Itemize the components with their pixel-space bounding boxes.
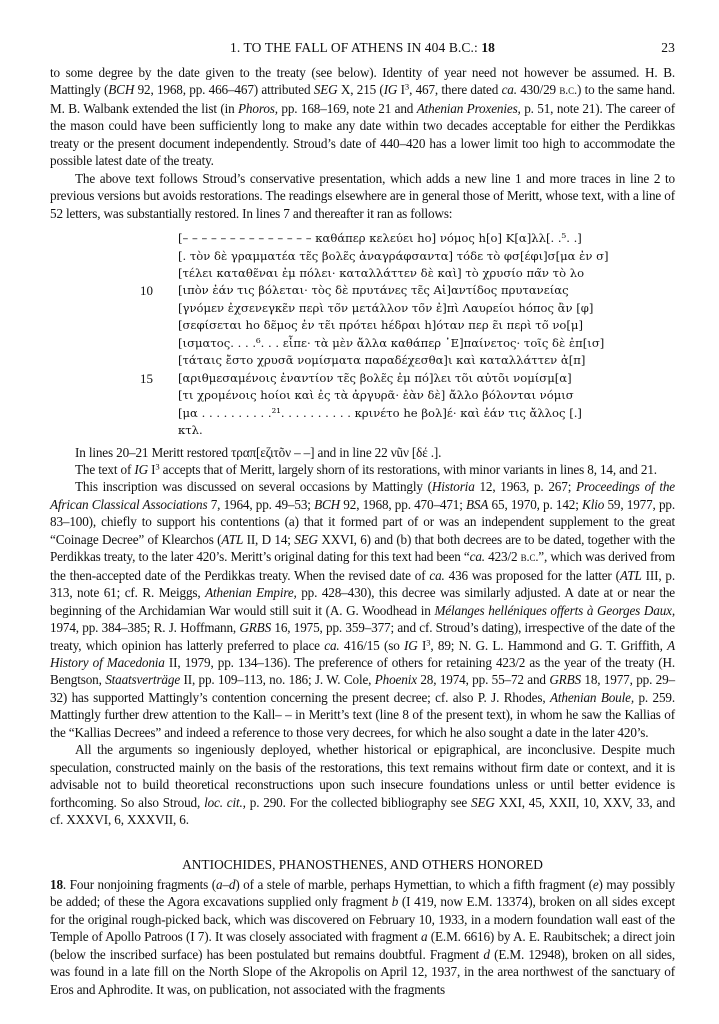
entry-paragraph: 18. Four nonjoining fragments (a–d) of a…: [50, 876, 675, 998]
greek-text: [ιπὸν ἐάν τις βόλεται· τὸς δὲ πρυτάνες τ…: [178, 283, 569, 297]
citation: Phoenix: [375, 672, 417, 687]
era-label: b.c.: [521, 550, 539, 564]
text: 7, 1964, pp. 49–53;: [207, 497, 314, 512]
citation: Staatsverträge: [105, 672, 180, 687]
entry-number: 18: [481, 40, 495, 55]
citation: SEG: [314, 82, 338, 97]
greek-text: [αριθμεσαμένοις ἐναντίον τε̃ς βολε̃ς ἐμ …: [178, 371, 572, 385]
greek-text: κτλ.: [178, 423, 203, 437]
citation: Athenian Empire,: [205, 585, 297, 600]
text: 436 was proposed for the latter (: [445, 568, 620, 583]
citation: BCH: [314, 497, 340, 512]
greek-inscription-block: [– – – – – – – – – – – – – – καθάπερ κελ…: [50, 230, 675, 439]
greek-text: [. τὸν δὲ γραμματέα τε̃ς βολε̃ς ἀναγράφσ…: [178, 249, 609, 263]
citation: SEG: [294, 532, 318, 547]
text: 430/29: [517, 82, 559, 97]
paragraph-continuation: to some degree by the date given to the …: [50, 64, 675, 170]
inscription-line: [τι χρομένοις hoίοι καὶ ἐς τὰ ἀργυρᾶ· ἐὰ…: [50, 387, 675, 404]
citation: GRBS: [549, 672, 581, 687]
greek-text: [τέλει καταθε̃ναι ἐμ πόλει· καταλλάττεν …: [178, 266, 584, 280]
greek-text: [τάταις ἔστο χρυσᾶ νομίσματα παραδέχεσθα…: [178, 353, 585, 367]
text: 92, 1968, pp. 466–467) attributed: [134, 82, 314, 97]
section-heading: ANTIOCHIDES, PHANOSTHENES, AND OTHERS HO…: [50, 856, 675, 873]
greek-text: [– – – – – – – – – – – – – – καθάπερ κελ…: [178, 231, 582, 245]
running-head: 1. TO THE FALL OF ATHENS IN 404 B.C.: 18…: [50, 40, 675, 56]
text: X, 215 (: [338, 82, 384, 97]
citation: Phoros,: [238, 101, 278, 116]
citation: IG: [384, 82, 398, 97]
citation: Klio: [582, 497, 604, 512]
citation: SEG: [471, 795, 495, 810]
page-number: 23: [661, 40, 675, 56]
text: 28, 1974, pp. 55–72 and: [417, 672, 549, 687]
line-number: 15: [140, 370, 153, 387]
text: 416/15 (so: [340, 638, 404, 653]
entry-number: 18: [50, 877, 63, 892]
text: The text of: [75, 462, 134, 477]
inscription-line: [. τὸν δὲ γραμματέα τε̃ς βολε̃ς ἀναγράφσ…: [50, 248, 675, 265]
paragraph-conclusion: All the arguments so ingeniously deploye…: [50, 741, 675, 828]
text: I: [397, 82, 405, 97]
paragraph-mattingly-discussion: This inscription was discussed on severa…: [50, 478, 675, 741]
text: , 467, there dated: [409, 82, 502, 97]
inscription-line: 10[ιπὸν ἐάν τις βόλεται· τὸς δὲ πρυτάνες…: [50, 282, 675, 299]
citation: IG: [134, 462, 148, 477]
running-head-title: 1. TO THE FALL OF ATHENS IN 404 B.C.: 18: [50, 40, 675, 56]
text: p. 290. For the collected bibliography s…: [246, 795, 471, 810]
citation: ATL: [221, 532, 243, 547]
inscription-line: [τάταις ἔστο χρυσᾶ νομίσματα παραδέχεσθα…: [50, 352, 675, 369]
inscription-line: [γνόμεν ἐχσενεγκε̃ν περὶ το̃ν μετάλλον τ…: [50, 300, 675, 317]
line-number: 10: [140, 282, 153, 299]
text: ) of a stele of marble, perhaps Hymettia…: [235, 877, 592, 892]
text: 1974, pp. 384–385; R. J. Hoffmann,: [50, 620, 239, 635]
text: 65, 1970, p. 142;: [488, 497, 582, 512]
abbreviation: ca.: [324, 638, 339, 653]
abbreviation: ca.: [470, 549, 485, 564]
citation: Historia: [432, 479, 475, 494]
chapter-title: 1. TO THE FALL OF ATHENS IN 404 B.C.:: [230, 40, 481, 55]
citation: loc. cit.,: [204, 795, 246, 810]
citation: GRBS: [239, 620, 271, 635]
text: This inscription was discussed on severa…: [75, 479, 432, 494]
text: 92, 1968, pp. 470–471;: [340, 497, 466, 512]
greek-text: [ισματος. . . .⁶. . . εἶπε· τὰ μὲν ἄλλα …: [178, 336, 604, 350]
fragment-label: a–d: [216, 877, 235, 892]
citation: IG: [404, 638, 418, 653]
inscription-line: 15[αριθμεσαμένοις ἐναντίον τε̃ς βολε̃ς ἐ…: [50, 370, 675, 387]
citation: BCH: [108, 82, 134, 97]
citation: Mélanges helléniques offerts à Georges D…: [434, 603, 675, 618]
greek-text: [γνόμεν ἐχσενεγκε̃ν περὶ το̃ν μετάλλον τ…: [178, 301, 593, 315]
inscription-line: [ισματος. . . .⁶. . . εἶπε· τὰ μὲν ἄλλα …: [50, 335, 675, 352]
citation: BSA: [466, 497, 488, 512]
inscription-line: [μα . . . . . . . . . .²¹. . . . . . . .…: [50, 405, 675, 422]
body-text: to some degree by the date given to the …: [50, 64, 675, 998]
text: II, pp. 109–113, no. 186; J. W. Cole,: [180, 672, 375, 687]
text: pp. 168–169, note 21 and: [278, 101, 417, 116]
text: I: [418, 638, 427, 653]
greek-text: [μα . . . . . . . . . .²¹. . . . . . . .…: [178, 406, 582, 420]
abbreviation: ca.: [429, 568, 444, 583]
text: . Four nonjoining fragments (: [63, 877, 216, 892]
inscription-line: κτλ.: [50, 422, 675, 439]
text: accepts that of Meritt, largely shorn of…: [160, 462, 657, 477]
era-label: b.c.: [559, 83, 577, 97]
paragraph-meritt-restoration: In lines 20–21 Meritt restored τραπ[εζιτ…: [50, 444, 675, 461]
paragraph-text-presentation: The above text follows Stroud’s conserva…: [50, 170, 675, 222]
inscription-line: [τέλει καταθε̃ναι ἐμ πόλει· καταλλάττεν …: [50, 265, 675, 282]
text: 423/2: [485, 549, 521, 564]
abbreviation: ca.: [502, 82, 517, 97]
inscription-line: [σεφίσεται ho δε̃μος ἐν τε̃ι πρότει hέδρ…: [50, 317, 675, 334]
greek-text: [σεφίσεται ho δε̃μος ἐν τε̃ι πρότει hέδρ…: [178, 318, 583, 332]
greek-text: [τι χρομένοις hoίοι καὶ ἐς τὰ ἀργυρᾶ· ἐὰ…: [178, 388, 574, 402]
text: 12, 1963, p. 267;: [475, 479, 576, 494]
text: II, D 14;: [243, 532, 294, 547]
inscription-line: [– – – – – – – – – – – – – – καθάπερ κελ…: [50, 230, 675, 247]
text: , 89; N. G. L. Hammond and G. T. Griffit…: [430, 638, 667, 653]
citation: Athenian Proxenies,: [417, 101, 521, 116]
citation: ATL: [620, 568, 642, 583]
citation: Athenian Boule,: [550, 690, 634, 705]
paragraph-ig-text: The text of IG I3 accepts that of Meritt…: [50, 461, 675, 478]
